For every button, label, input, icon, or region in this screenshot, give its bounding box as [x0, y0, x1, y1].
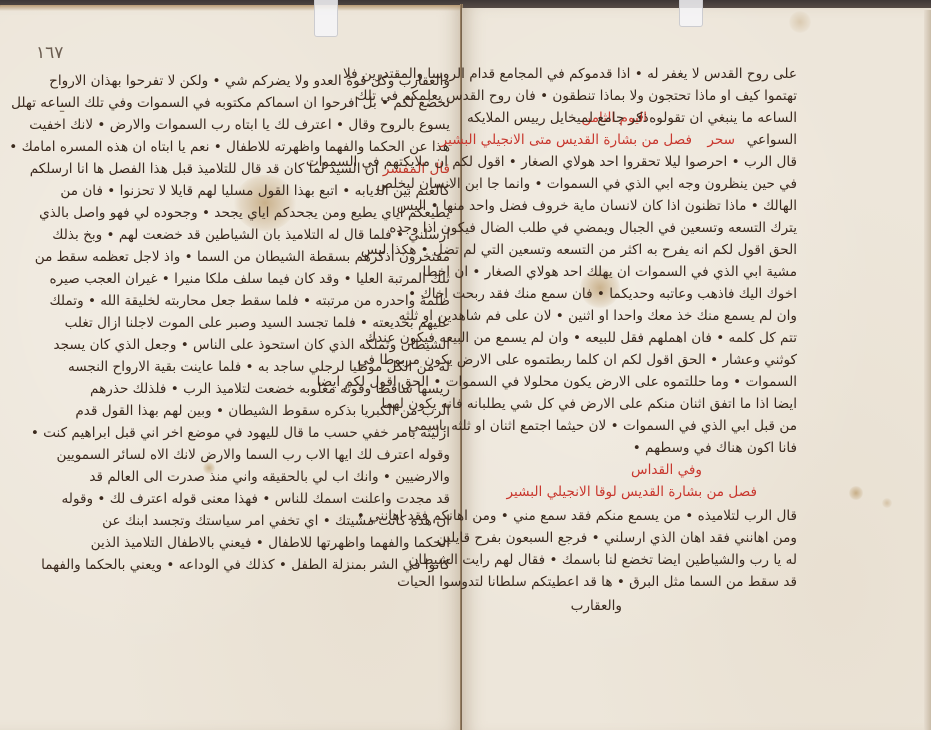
text-line: السواعي	[747, 132, 797, 148]
page-clip	[314, 0, 338, 37]
text-line: قد مجدت واعلنت اسمك للناس • فهذا معنى قو…	[62, 491, 450, 507]
rubric-commemoration: ذكر جامع لميخايل رييس الملايكه	[467, 110, 649, 126]
text-line: الحق اقول لكم انه يفرح به اكثر من التسعه…	[361, 242, 797, 258]
rubric-saher: سحر	[707, 132, 735, 148]
rubric-section-luke: فصل من بشارة القديس لوقا الانجيلي البشير	[507, 484, 758, 500]
text-line: من قبل ابي الذي في السموات • لان حيثما ا…	[408, 418, 797, 434]
stain	[789, 11, 811, 33]
text-line: ظلمة واحدره من مرتبته • فلما سقط جعل محا…	[49, 293, 450, 309]
page-clip	[679, 0, 703, 27]
right-page: على روح القدس لا يغفر له • اذا قدموكم في…	[462, 8, 931, 730]
text-line: يسوع بالروح وقال • اعترف لك يا ابتاه رب …	[29, 117, 450, 133]
text-line: ومن اهانني فقد اهان الذي ارسلني • فرجع ا…	[437, 530, 797, 546]
text-line: وان لم يسمع منك خذ معك واحدا او اثنين • …	[399, 308, 797, 324]
text-line: ازليته بامر خفي حسب ما قال لليهود في موض…	[31, 425, 450, 441]
text-line: كوثني وعشار • الحق اقول لكم ان كلما ربطت…	[357, 352, 797, 368]
text-line: الساعه ما ينبغي ان تقولوه •	[637, 110, 797, 126]
text-line: في حين ينظرون وجه ابي الذي في السموات • …	[377, 176, 797, 192]
text-line: فانا اكون هناك في وسطهم •	[633, 440, 797, 456]
rubric-and-in-liturgy: وفي القداس	[631, 462, 702, 478]
text-line: تلك المرتبة العليا • وقد كان فيما سلف مل…	[49, 271, 450, 287]
text-line: الهالك • ماذا تظنون اذا كان لانسان ماية …	[397, 198, 797, 214]
text-line: والارضيين • وانك اب لي بالحقيقه واني منذ…	[89, 469, 450, 485]
folio-number: ١٦٧	[36, 43, 63, 63]
text-line: تهتموا كيف او ماذا تحتجون ولا بماذا تنطق…	[356, 88, 797, 104]
stain	[882, 498, 892, 508]
text-line: يطيعكم اياي يطيع ومن يجحدكم اياي يجحد • …	[39, 205, 450, 221]
text-line: تتم كل كلمه • فان اهملهم فقل للبيعه • وا…	[365, 330, 797, 346]
text-line: السموات • وما حللتموه على الارض يكون محل…	[317, 374, 797, 390]
text-line: قد سقط من السما مثل البرق • ها قد اعطيتك…	[397, 574, 797, 590]
text-line: على روح القدس لا يغفر له • اذا قدموكم في…	[343, 66, 797, 82]
text-line: يترك التسعه وتسعين في الجبال ويمضي في طل…	[389, 220, 797, 236]
text-line: عليهم بخديعته • فلما تجسد السيد وصبر على…	[65, 315, 450, 331]
open-manuscript: ١٦٧ ـ والعقارب وكل قوة العدو ولا يضركم ش…	[0, 0, 931, 730]
page-edge	[924, 10, 931, 730]
stain	[849, 486, 863, 500]
text-line: ايضا اذا ما اتفق اثنان منكم على الارض في…	[382, 396, 797, 412]
text-line: قال الرب • احرصوا ليلا تحقروا احد هولاي …	[306, 154, 797, 170]
rubric-section-matthew: فصل من بشارة القديس متى الانجيلي البشير	[441, 132, 692, 148]
text-line: كانوا في الشر بمنزلة الطفل • كذلك في الو…	[41, 557, 450, 573]
text-line: والعقارب	[571, 598, 622, 614]
text-line: اخوك اليك فاذهب وعاتبه وحديكما • فان سمع…	[408, 286, 797, 302]
text-line: له يا رب والشياطين ايضا تخضع لنا باسمك •…	[408, 552, 797, 568]
right-page-text: على روح القدس لا يغفر له • اذا قدموكم في…	[467, 66, 797, 686]
text-line: هذا عن الحكما والفهما واظهرته للاطفال • …	[9, 139, 450, 155]
text-line: وقوله اعترف لك ايها الاب رب السما والارض…	[56, 447, 450, 463]
text-line: قال الرب لتلاميذه • من يسمع منكم فقد سمع…	[357, 508, 797, 524]
text-line: مشية ابي الذي في السموات ان يهلك احد هول…	[423, 264, 797, 280]
text-line: الحكما والفهما واظهرتها للاطفال • فيعني …	[91, 535, 450, 551]
